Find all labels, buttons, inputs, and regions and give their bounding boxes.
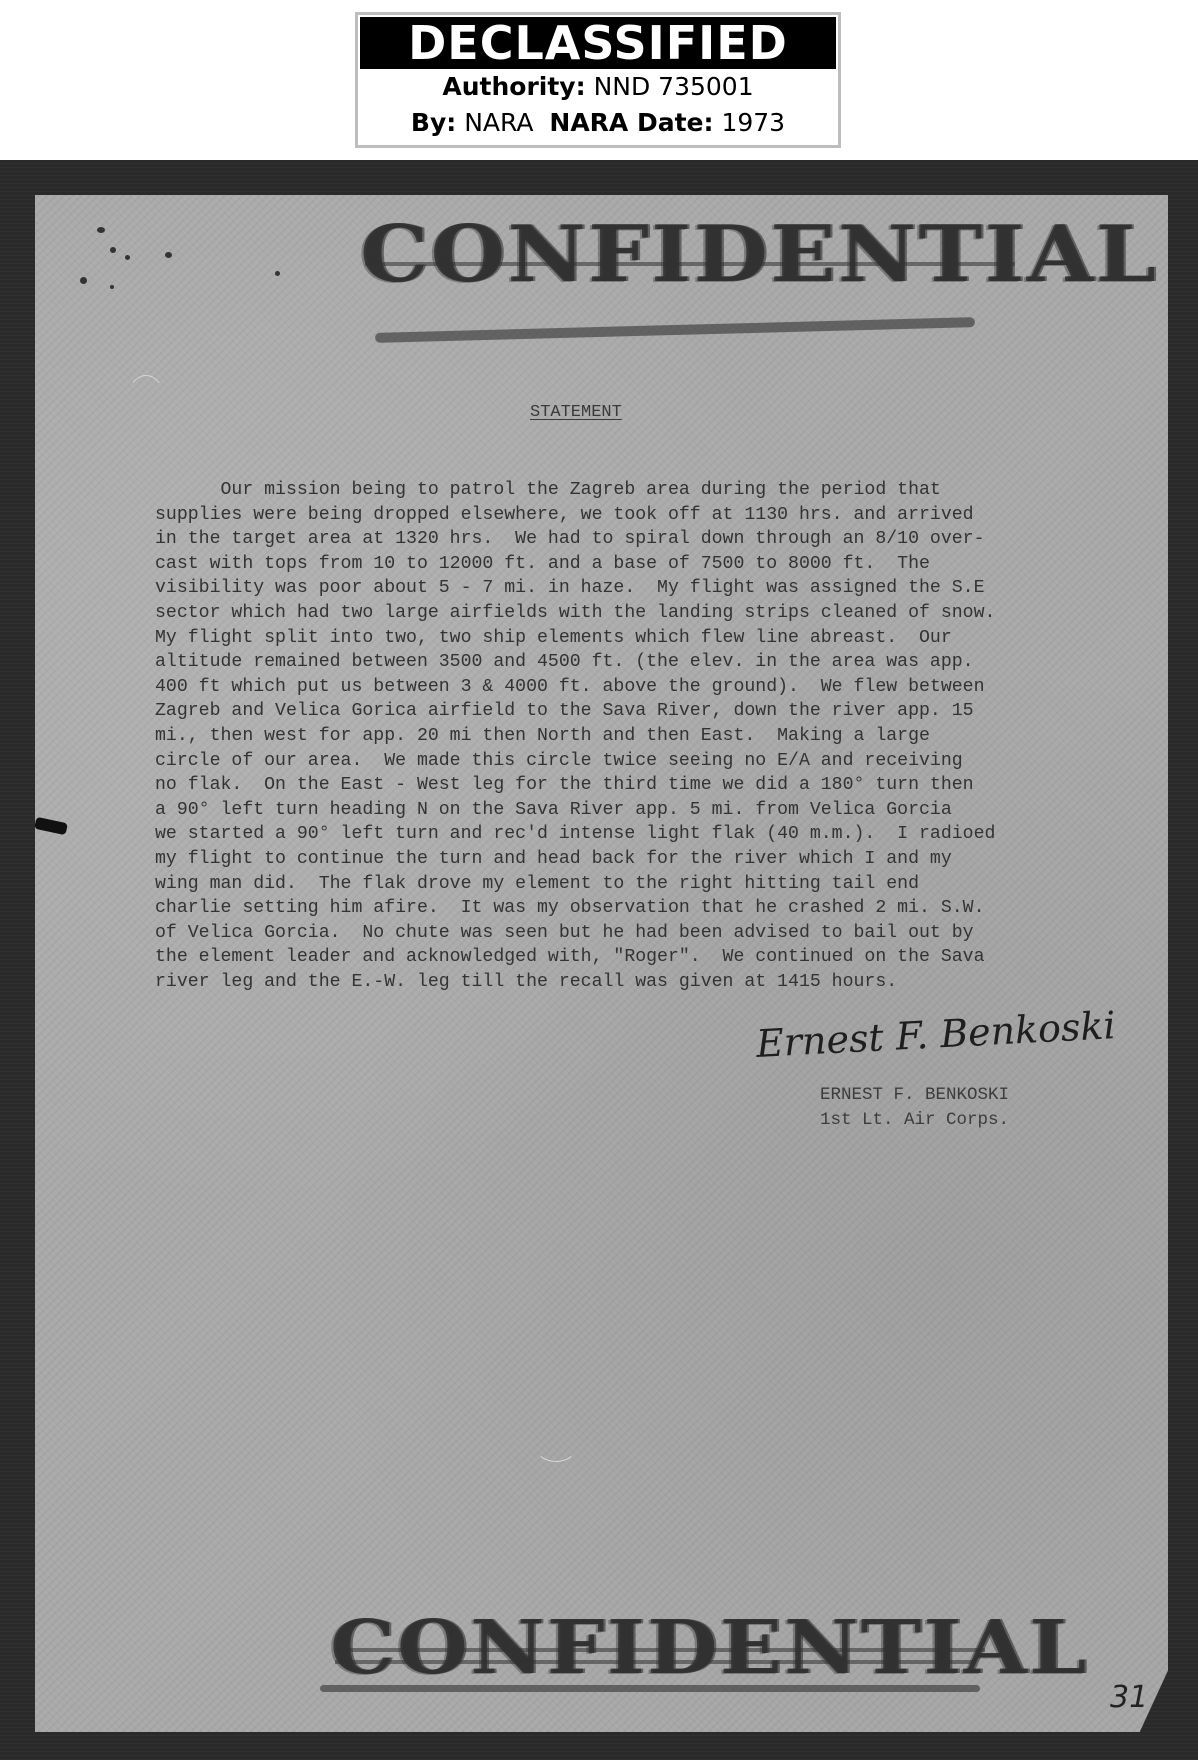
body-line: river leg and the E.-W. leg till the rec… [155,970,1095,995]
scratch-mark [535,1430,577,1462]
stamp-strike-line [365,262,1015,266]
body-line: my flight to continue the turn and head … [155,847,1095,872]
page-number: 31 [1110,1680,1148,1715]
body-line: mi., then west for app. 20 mi then North… [155,724,1095,749]
stamp-underline [320,1685,980,1692]
stamp-strike-line [335,1648,985,1652]
body-line: charlie setting him afire. It was my obs… [155,896,1095,921]
body-line: circle of our area. We made this circle … [155,749,1095,774]
by-label: By: [411,108,456,137]
body-line: wing man did. The flak drove my element … [155,872,1095,897]
ink-smudge [34,817,68,835]
body-line: cast with tops from 10 to 12000 ft. and … [155,552,1095,577]
authority-label: Authority: [442,72,585,101]
body-line: 400 ft which put us between 3 & 4000 ft.… [155,675,1095,700]
statement-heading: STATEMENT [530,403,622,422]
ink-speck [97,227,105,233]
confidential-stamp-top: CONFIDENTIAL [360,215,1158,295]
body-line: the element leader and acknowledged with… [155,945,1095,970]
ink-speck [165,252,172,258]
ink-speck [110,247,116,253]
statement-body: Our mission being to patrol the Zagreb a… [155,478,1095,994]
authority-value: NND 735001 [594,72,754,101]
ink-speck [80,277,87,284]
body-line: no flak. On the East - West leg for the … [155,773,1095,798]
date-value: 1973 [721,108,785,137]
by-value: NARA [464,108,533,137]
body-line: visibility was poor about 5 - 7 mi. in h… [155,576,1095,601]
ink-speck [275,271,280,276]
date-label: NARA Date: [549,108,713,137]
scratch-mark [125,375,167,437]
body-line: of Velica Gorcia. No chute was seen but … [155,921,1095,946]
stamp-strike-line [335,1660,975,1664]
body-line: My flight split into two, two ship eleme… [155,626,1095,651]
body-line: a 90° left turn heading N on the Sava Ri… [155,798,1095,823]
signer-rank: 1st Lt. Air Corps. [820,1110,1009,1130]
ink-speck [125,255,130,260]
body-line: we started a 90° left turn and rec'd int… [155,822,1095,847]
body-line: supplies were being dropped elsewhere, w… [155,503,1095,528]
body-line: in the target area at 1320 hrs. We had t… [155,527,1095,552]
declassified-stamp: DECLASSIFIED Authority: NND 735001 By: N… [355,12,841,148]
body-line: Our mission being to patrol the Zagreb a… [155,478,1095,503]
ink-speck [110,285,114,289]
signer-name: ERNEST F. BENKOSKI [820,1085,1009,1105]
body-line: altitude remained between 3500 and 4500 … [155,650,1095,675]
body-line: Zagreb and Velica Gorica airfield to the… [155,699,1095,724]
nara-line: By: NARA NARA Date: 1973 [358,105,838,141]
declassified-title: DECLASSIFIED [360,17,836,69]
authority-line: Authority: NND 735001 [358,69,838,105]
body-line: sector which had two large airfields wit… [155,601,1095,626]
